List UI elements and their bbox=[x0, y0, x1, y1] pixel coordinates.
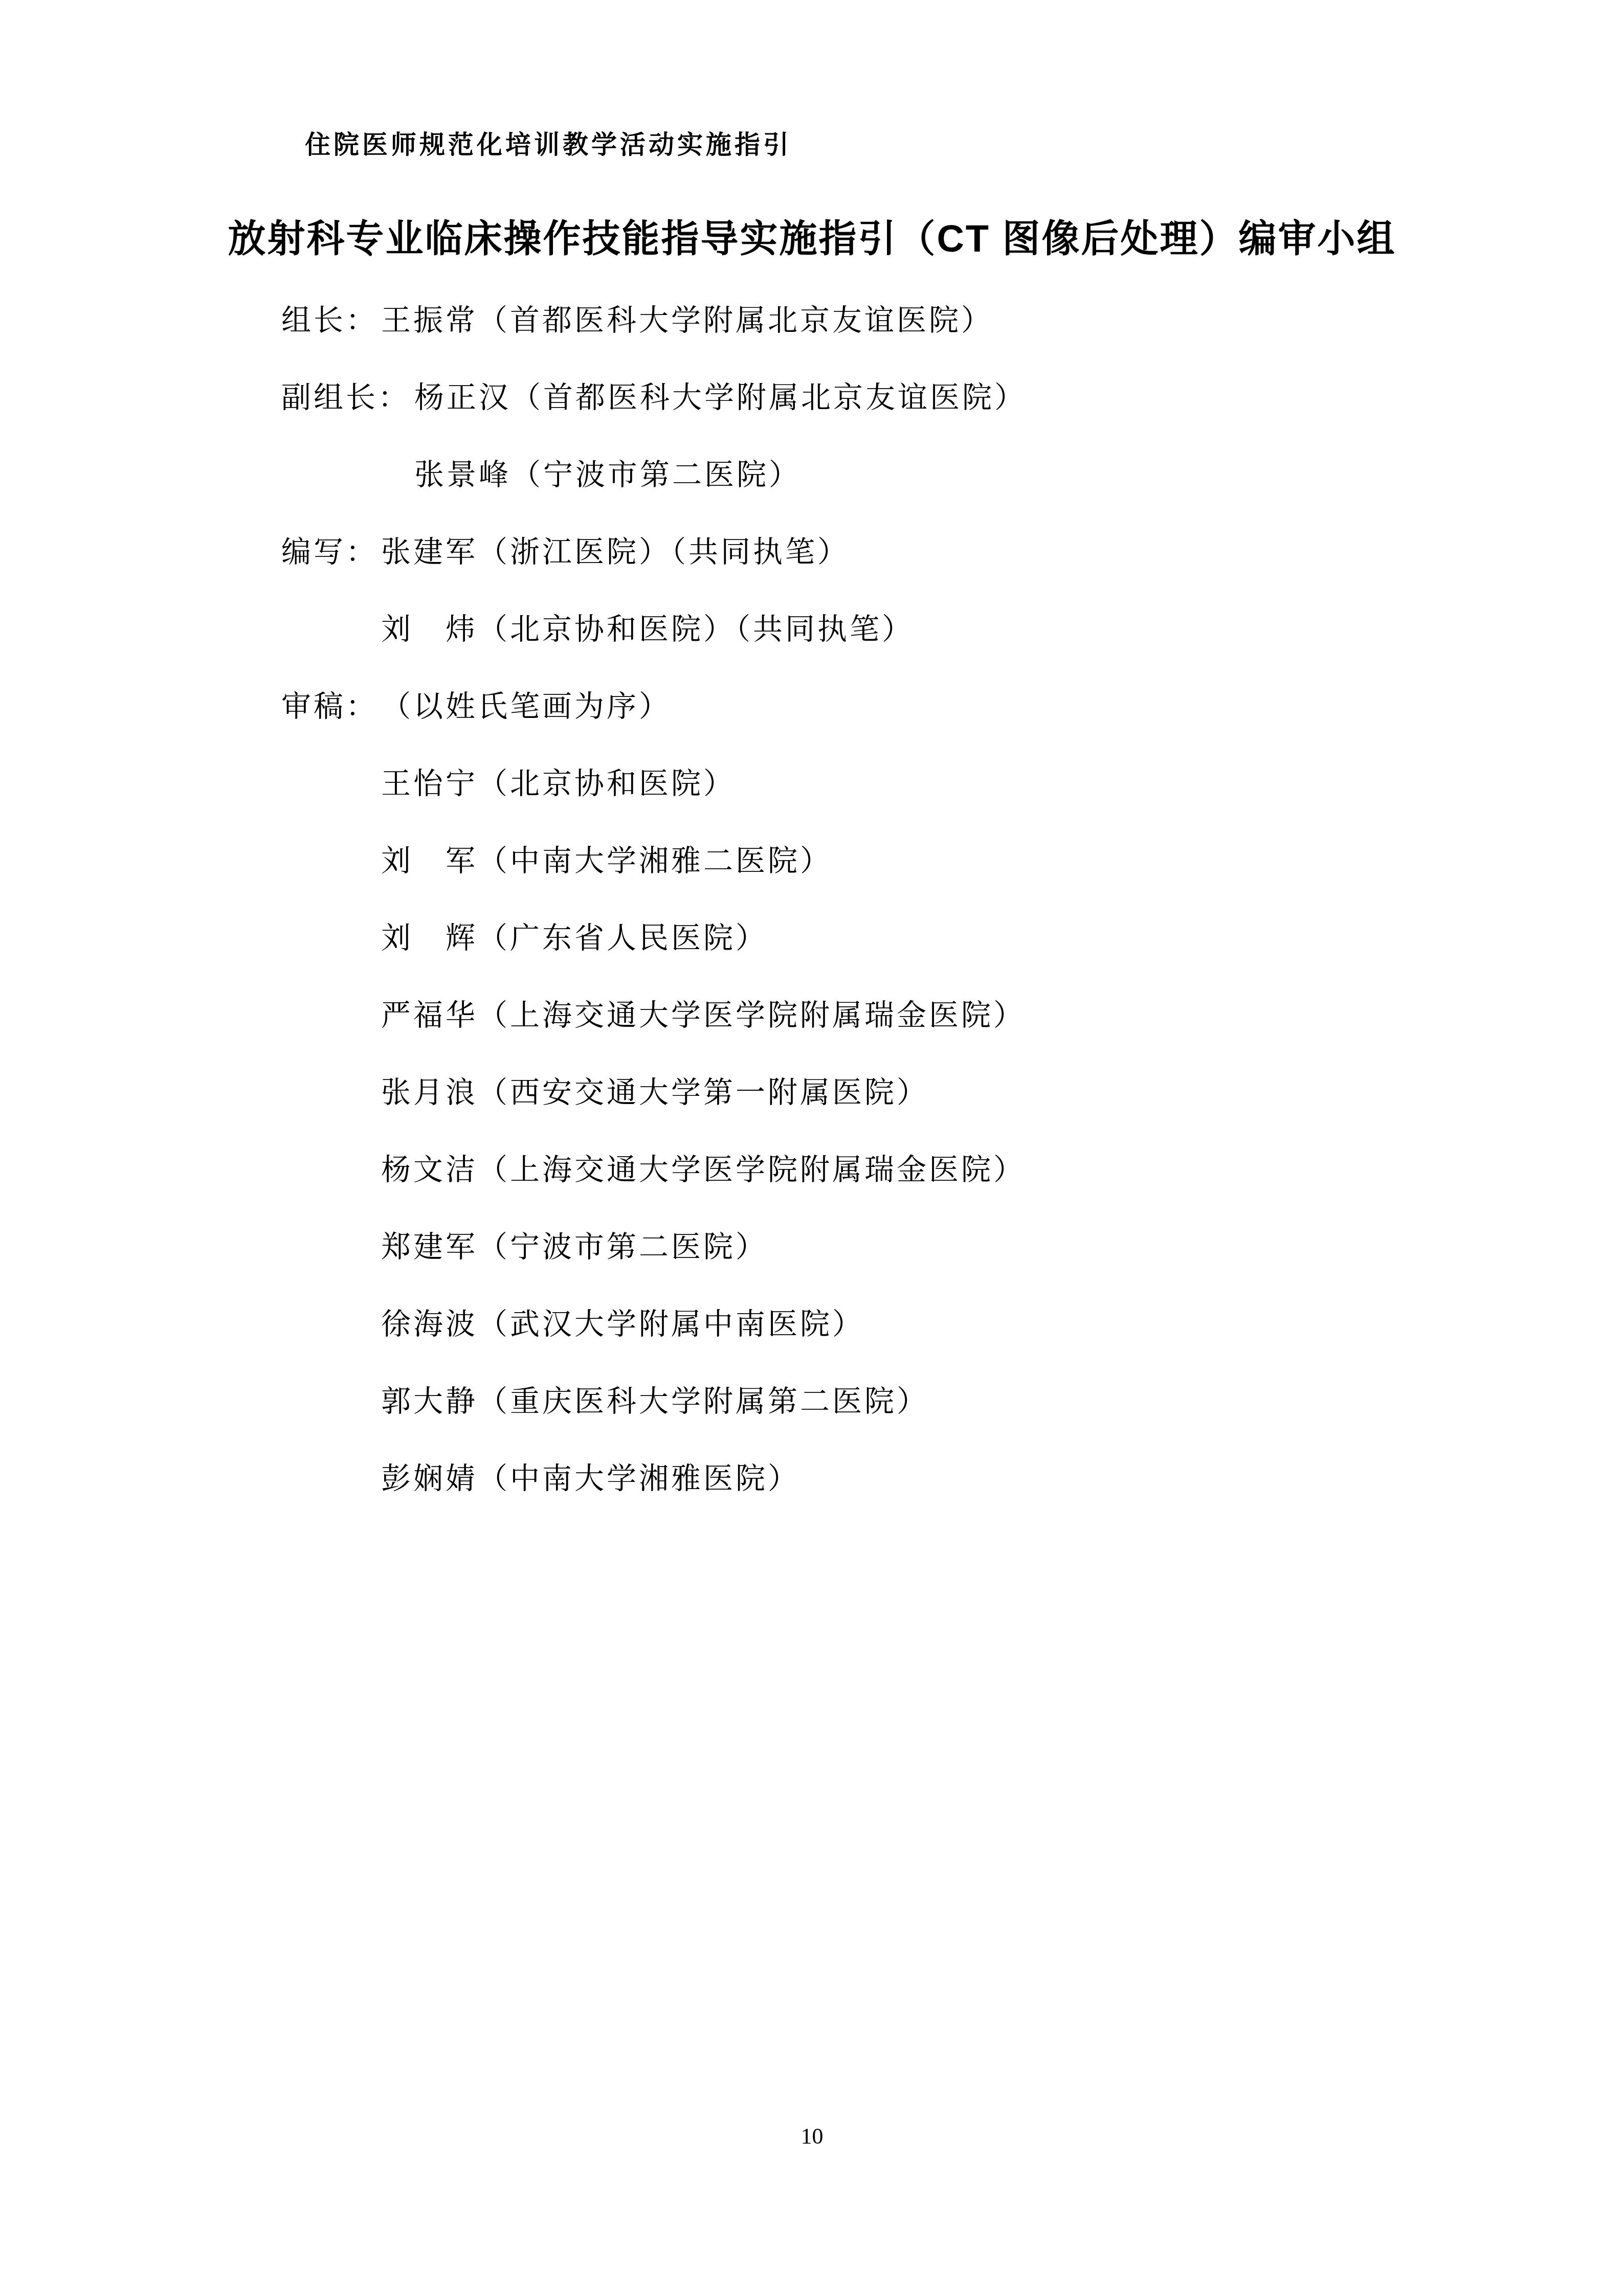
roster-row: 刘 军（中南大学湘雅二医院） bbox=[0, 819, 1624, 896]
member-entry: 刘 炜（北京协和医院）（共同执笔） bbox=[381, 605, 914, 648]
roster-row: 杨文洁（上海交通大学医学院附属瑞金医院） bbox=[0, 1128, 1624, 1205]
page-title: 放射科专业临床操作技能指导实施指引（CT 图像后处理）编审小组 bbox=[0, 209, 1624, 263]
member-entry: 彭娴婧（中南大学湘雅医院） bbox=[381, 1454, 800, 1497]
member-entry: 王振常（首都医科大学附属北京友谊医院） bbox=[381, 296, 993, 339]
role-label: 副组长： bbox=[281, 373, 410, 416]
roster-row: 王怡宁（北京协和医院） bbox=[0, 742, 1624, 819]
document-header: 住院医师规范化培训教学活动实施指引 bbox=[305, 124, 792, 161]
member-entry: 杨正汉（首都医科大学附属北京友谊医院） bbox=[414, 373, 1027, 416]
member-entry: 张景峰（宁波市第二医院） bbox=[414, 451, 801, 493]
member-entry: 杨文洁（上海交通大学医学院附属瑞金医院） bbox=[381, 1145, 1026, 1188]
member-entry: 刘 军（中南大学湘雅二医院） bbox=[381, 837, 832, 880]
roster-row: 刘 辉（广东省人民医院） bbox=[0, 896, 1624, 974]
member-entry: 刘 辉（广东省人民医院） bbox=[381, 914, 768, 957]
roster-row: 编写： 张建军（浙江医院）（共同执笔） bbox=[0, 510, 1624, 588]
roster-row: 刘 炜（北京协和医院）（共同执笔） bbox=[0, 588, 1624, 665]
role-label: 审稿： bbox=[281, 682, 378, 725]
member-entry: 徐海波（武汉大学附属中南医院） bbox=[381, 1300, 864, 1343]
roster-row: 郑建军（宁波市第二医院） bbox=[0, 1205, 1624, 1282]
member-entry: 郑建军（宁波市第二医院） bbox=[381, 1223, 768, 1266]
roster-row: 张景峰（宁波市第二医院） bbox=[0, 433, 1624, 510]
editorial-group-roster: 组长： 王振常（首都医科大学附属北京友谊医院） 副组长： 杨正汉（首都医科大学附… bbox=[0, 279, 1624, 1514]
roster-row: 组长： 王振常（首都医科大学附属北京友谊医院） bbox=[0, 279, 1624, 356]
member-entry: 张月浪（西安交通大学第一附属医院） bbox=[381, 1068, 929, 1111]
member-entry: 郭大静（重庆医科大学附属第二医院） bbox=[381, 1377, 929, 1420]
roster-row: 副组长： 杨正汉（首都医科大学附属北京友谊医院） bbox=[0, 356, 1624, 433]
roster-row: 郭大静（重庆医科大学附属第二医院） bbox=[0, 1360, 1624, 1437]
role-label: 组长： bbox=[281, 296, 378, 339]
roster-row: 彭娴婧（中南大学湘雅医院） bbox=[0, 1437, 1624, 1514]
member-entry: 张建军（浙江医院）（共同执笔） bbox=[381, 528, 850, 571]
roster-row: 张月浪（西安交通大学第一附属医院） bbox=[0, 1051, 1624, 1128]
roster-row: 严福华（上海交通大学医学院附属瑞金医院） bbox=[0, 974, 1624, 1051]
role-label: 编写： bbox=[281, 528, 378, 571]
page-number: 10 bbox=[0, 2123, 1624, 2149]
member-entry: 王怡宁（北京协和医院） bbox=[381, 759, 736, 802]
document-page: 住院医师规范化培训教学活动实施指引 放射科专业临床操作技能指导实施指引（CT 图… bbox=[0, 0, 1624, 2296]
member-entry: （以姓氏笔画为序） bbox=[381, 682, 671, 725]
roster-row: 徐海波（武汉大学附属中南医院） bbox=[0, 1282, 1624, 1360]
roster-row: 审稿： （以姓氏笔画为序） bbox=[0, 665, 1624, 742]
member-entry: 严福华（上海交通大学医学院附属瑞金医院） bbox=[381, 991, 1026, 1034]
